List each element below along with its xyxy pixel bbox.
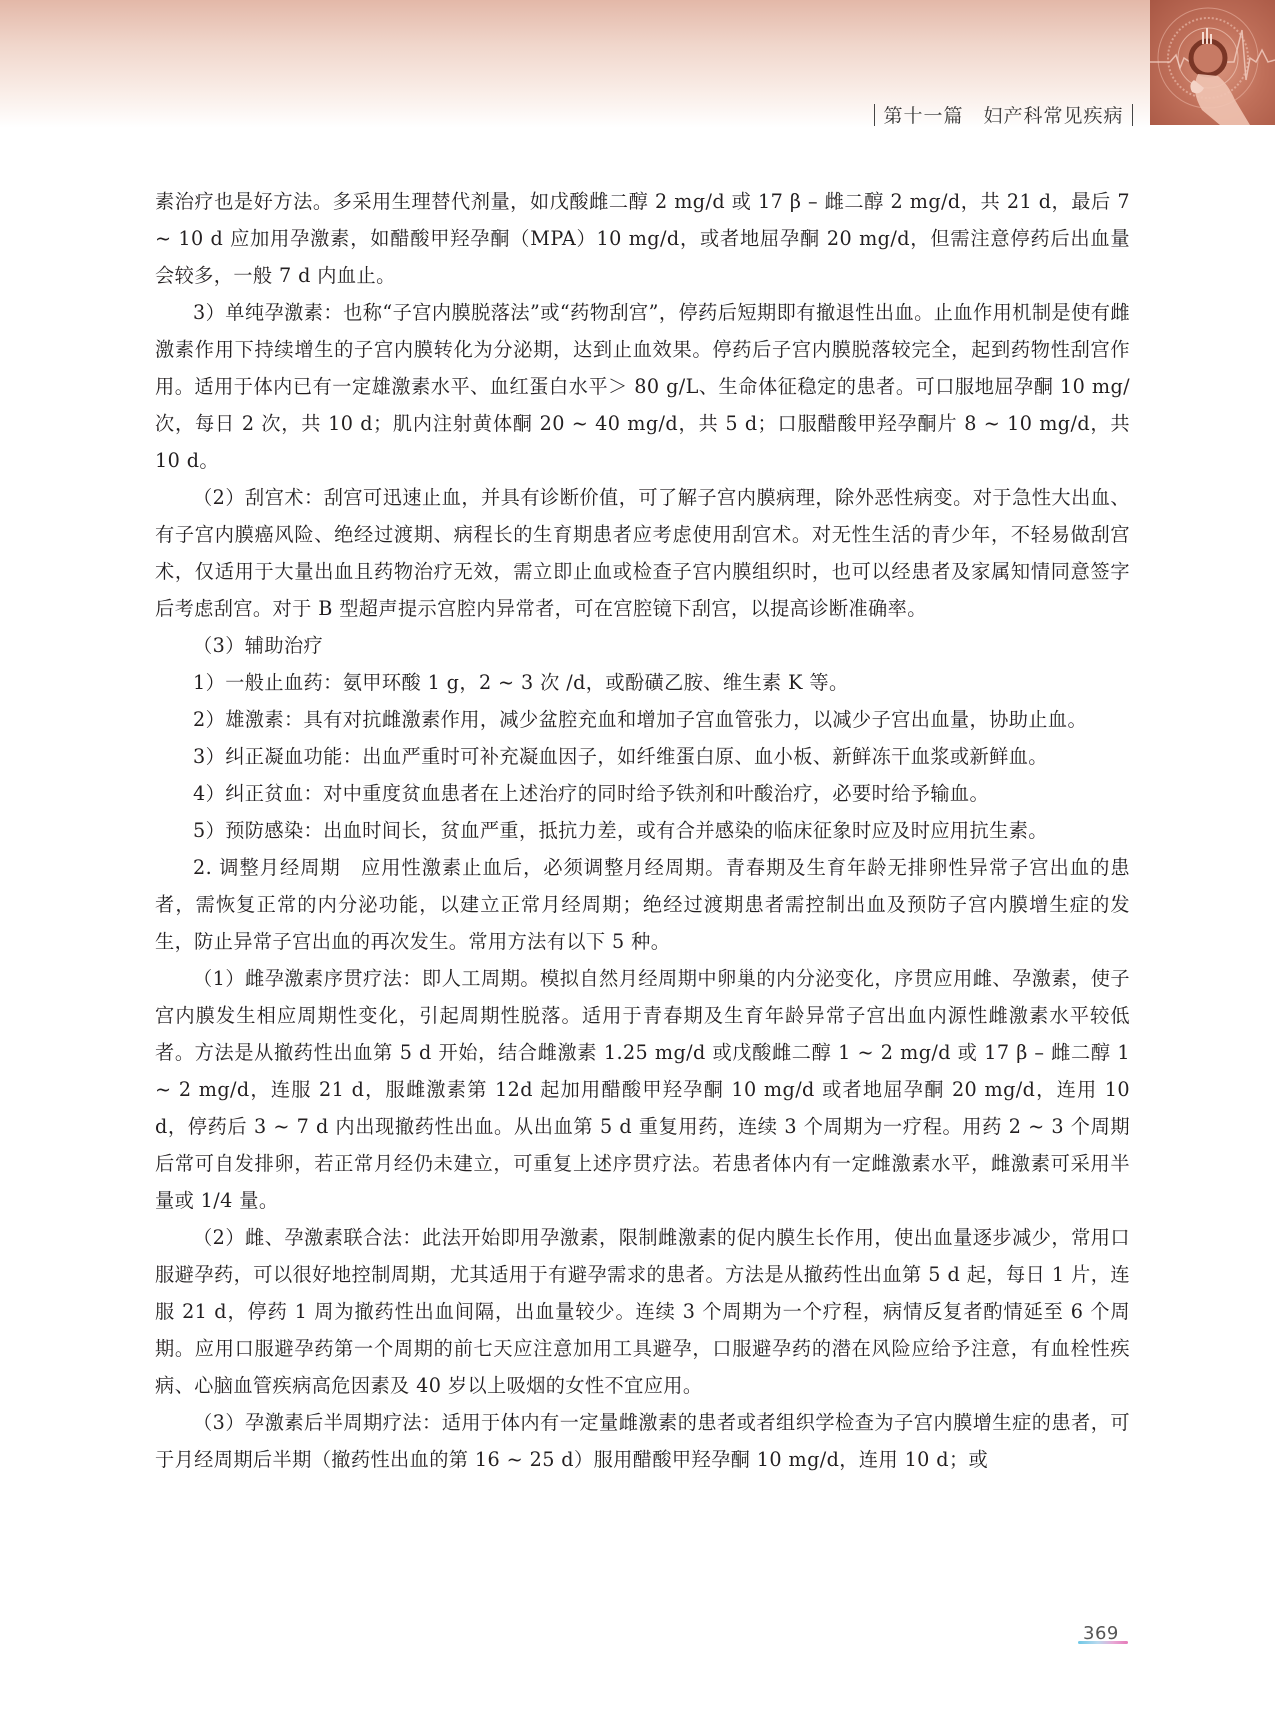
paragraph-luteal-phase-therapy: （3）孕激素后半周期疗法：适用于体内有一定量雌激素的患者或者组织学检查为子宫内膜… — [155, 1404, 1130, 1478]
chapter-title: 第十一篇 妇产科常见疾病 — [883, 101, 1123, 128]
divider-right — [1132, 104, 1134, 126]
stethoscope-icon — [1150, 0, 1275, 125]
paragraph-combined-therapy: （2）雌、孕激素联合法：此法开始即用孕激素，限制雌激素的促内膜生长作用，使出血量… — [155, 1219, 1130, 1404]
page-number-underline — [1078, 1641, 1128, 1644]
paragraph-hemostatic-drugs: 1）一般止血药：氨甲环酸 1 g，2 ~ 3 次 /d，或酚磺乙胺、维生素 K … — [155, 664, 1130, 701]
paragraph-curettage: （2）刮宫术：刮宫可迅速止血，并具有诊断价值，可了解子宫内膜病理，除外恶性病变。… — [155, 479, 1130, 627]
paragraph-infection: 5）预防感染：出血时间长，贫血严重，抵抗力差，或有合并感染的临床征象时应及时应用… — [155, 812, 1130, 849]
paragraph-anemia: 4）纠正贫血：对中重度贫血患者在上述治疗的同时给予铁剂和叶酸治疗，必要时给予输血… — [155, 775, 1130, 812]
stethoscope-heartbeat-image — [1150, 0, 1275, 125]
paragraph-sequential-therapy: （1）雌孕激素序贯疗法：即人工周期。模拟自然月经周期中卵巢的内分泌变化，序贯应用… — [155, 960, 1130, 1219]
divider-left — [874, 104, 876, 126]
paragraph-androgen: 2）雄激素：具有对抗雌激素作用，减少盆腔充血和增加子宫血管张力，以减少子宫出血量… — [155, 701, 1130, 738]
paragraph-coagulation: 3）纠正凝血功能：出血严重时可补充凝血因子，如纤维蛋白原、血小板、新鲜冻干血浆或… — [155, 738, 1130, 775]
paragraph-cycle-regulation: 2. 调整月经周期 应用性激素止血后，必须调整月经周期。青春期及生育年龄无排卵性… — [155, 849, 1130, 960]
subheading-adjuvant-therapy: （3）辅助治疗 — [155, 627, 1130, 664]
paragraph-progestogen-only: 3）单纯孕激素：也称“子宫内膜脱落法”或“药物刮宫”，停药后短期即有撤退性出血。… — [155, 294, 1130, 479]
running-head: 第十一篇 妇产科常见疾病 — [874, 101, 1133, 128]
body-text: 素治疗也是好方法。多采用生理替代剂量，如戊酸雌二醇 2 mg/d 或 17 β … — [155, 183, 1130, 1478]
paragraph-continuation: 素治疗也是好方法。多采用生理替代剂量，如戊酸雌二醇 2 mg/d 或 17 β … — [155, 183, 1130, 294]
